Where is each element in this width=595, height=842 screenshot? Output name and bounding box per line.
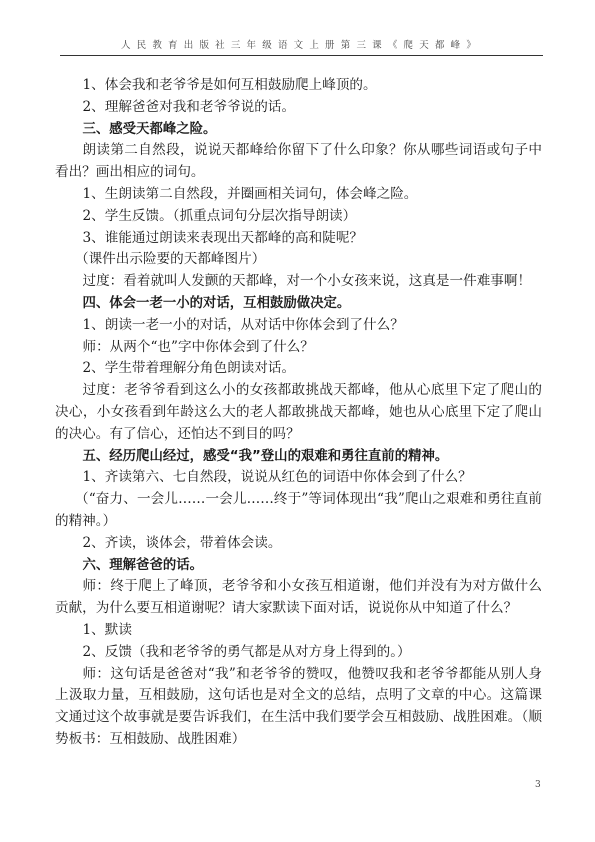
step-1-read: 1、生朗读第二自然段，并圈画相关词句，体会峰之险。	[55, 184, 542, 206]
running-header: 人民教育出版社三年级语文上册第三课《爬天都峰》	[60, 39, 543, 56]
teacher-summary: 师：这句话是爸爸对“我”和老爷爷的赞叹，他赞叹我和老爷爷都能从别人身上汲取力量，…	[55, 664, 542, 751]
section-heading-3: 三、感受天都峰之险。	[55, 119, 542, 141]
objective-2: 2、理解爸爸对我和老爷爷说的话。	[55, 97, 542, 119]
step-2-feedback-courage: 2、反馈（我和老爷爷的勇气都是从对方身上得到的。）	[55, 642, 542, 664]
section-heading-5: 五、经历爬山经过，感受“我”登山的艰难和勇往直前的精神。	[55, 446, 542, 468]
objective-1: 1、体会我和老爷爷是如何互相鼓励爬上峰顶的。	[55, 75, 542, 97]
document-body: 1、体会我和老爷爷是如何互相鼓励爬上峰顶的。 2、理解爸爸对我和老爷爷说的话。 …	[55, 75, 542, 751]
running-header-title: 人民教育出版社三年级语文上册第三课《爬天都峰》	[121, 40, 482, 51]
step-1-read-paragraphs: 1、齐读第六、七自然段，说说从红色的词语中你体会到了什么？	[55, 467, 542, 489]
step-1-dialogue: 1、朗读一老一小的对话，从对话中你体会到了什么？	[55, 315, 542, 337]
section-heading-6: 六、理解爸爸的话。	[55, 555, 542, 577]
paragraph-reading-task: 朗读第二自然段，说说天都峰给你留下了什么印象？你从哪些词语或句子中看出？画出相应…	[55, 140, 542, 184]
step-3-express: 3、谁能通过朗读来表现出天都峰的高和陡呢？	[55, 228, 542, 250]
page-number: 3	[535, 780, 541, 790]
courseware-note: （课件出示险要的天都峰图片）	[55, 249, 542, 271]
transition-1: 过度：看着就叫人发颤的天都峰，对一个小女孩来说，这真是一件难事啊！	[55, 271, 542, 293]
teacher-question-ye: 师：从两个“也”字中你体会到了什么？	[55, 337, 542, 359]
keywords-note: （“奋力、一会儿……一会儿……终于”等词体现出“我”爬山之艰难和勇往直前的精神。…	[55, 489, 542, 533]
step-2-feedback: 2、学生反馈。（抓重点词句分层次指导朗读）	[55, 206, 542, 228]
section-heading-4: 四、体会一老一小的对话，互相鼓励做决定。	[55, 293, 542, 315]
transition-2: 过度：老爷爷看到这么小的女孩都敢挑战天都峰，他从心底里下定了爬山的决心，小女孩看…	[55, 380, 542, 445]
step-2-read-together: 2、齐读，谈体会，带着体会读。	[55, 533, 542, 555]
teacher-question-thanks: 师：终于爬上了峰顶，老爷爷和小女孩互相道谢，他们并没有为对方做什么贡献，为什么要…	[55, 576, 542, 620]
step-2-role-play: 2、学生带着理解分角色朗读对话。	[55, 358, 542, 380]
step-1-silent-read: 1、默读	[55, 620, 542, 642]
